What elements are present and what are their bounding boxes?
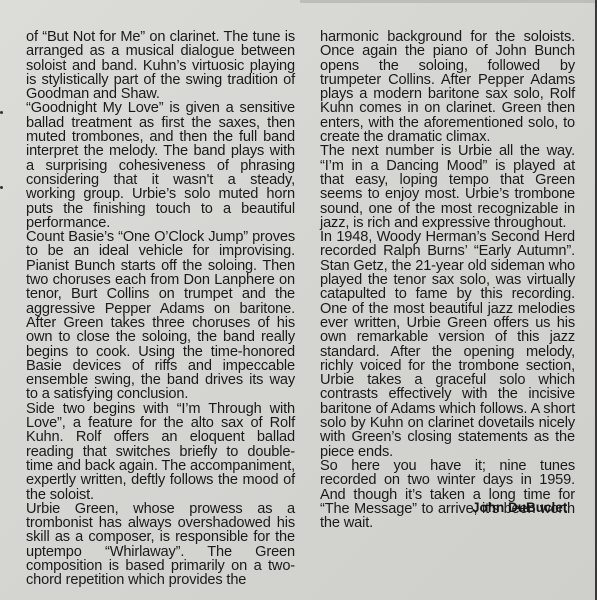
paragraph: of “But Not for Me” on clarinet. The tun… — [26, 30, 295, 101]
left-text-column: of “But Not for Me” on clarinet. The tun… — [26, 30, 295, 588]
liner-notes-page: of “But Not for Me” on clarinet. The tun… — [0, 0, 597, 600]
paragraph: harmonic background for the soloists. On… — [320, 30, 575, 144]
paragraph: Count Basie’s “One O’Clock Jump” proves … — [26, 230, 295, 402]
paragraph: “Goodnight My Love” is given a sensitive… — [26, 101, 295, 230]
paragraph: Side two begins with “I’m Through with L… — [26, 402, 295, 502]
paragraph: Urbie Green, whose prowess as a tromboni… — [26, 502, 295, 588]
binder-mark — [0, 186, 3, 189]
paragraph: The next number is Urbie all the way. “I… — [320, 144, 575, 230]
author-signature: John DuBuclet — [472, 500, 567, 515]
paragraph: In 1948, Woody Herman’s Second Herd reco… — [320, 230, 575, 459]
binder-mark — [0, 111, 3, 114]
right-text-column: harmonic background for the soloists. On… — [320, 30, 575, 530]
paragraph: So here you have it; nine tunes recorded… — [320, 459, 575, 530]
page-top-edge — [300, 0, 597, 3]
